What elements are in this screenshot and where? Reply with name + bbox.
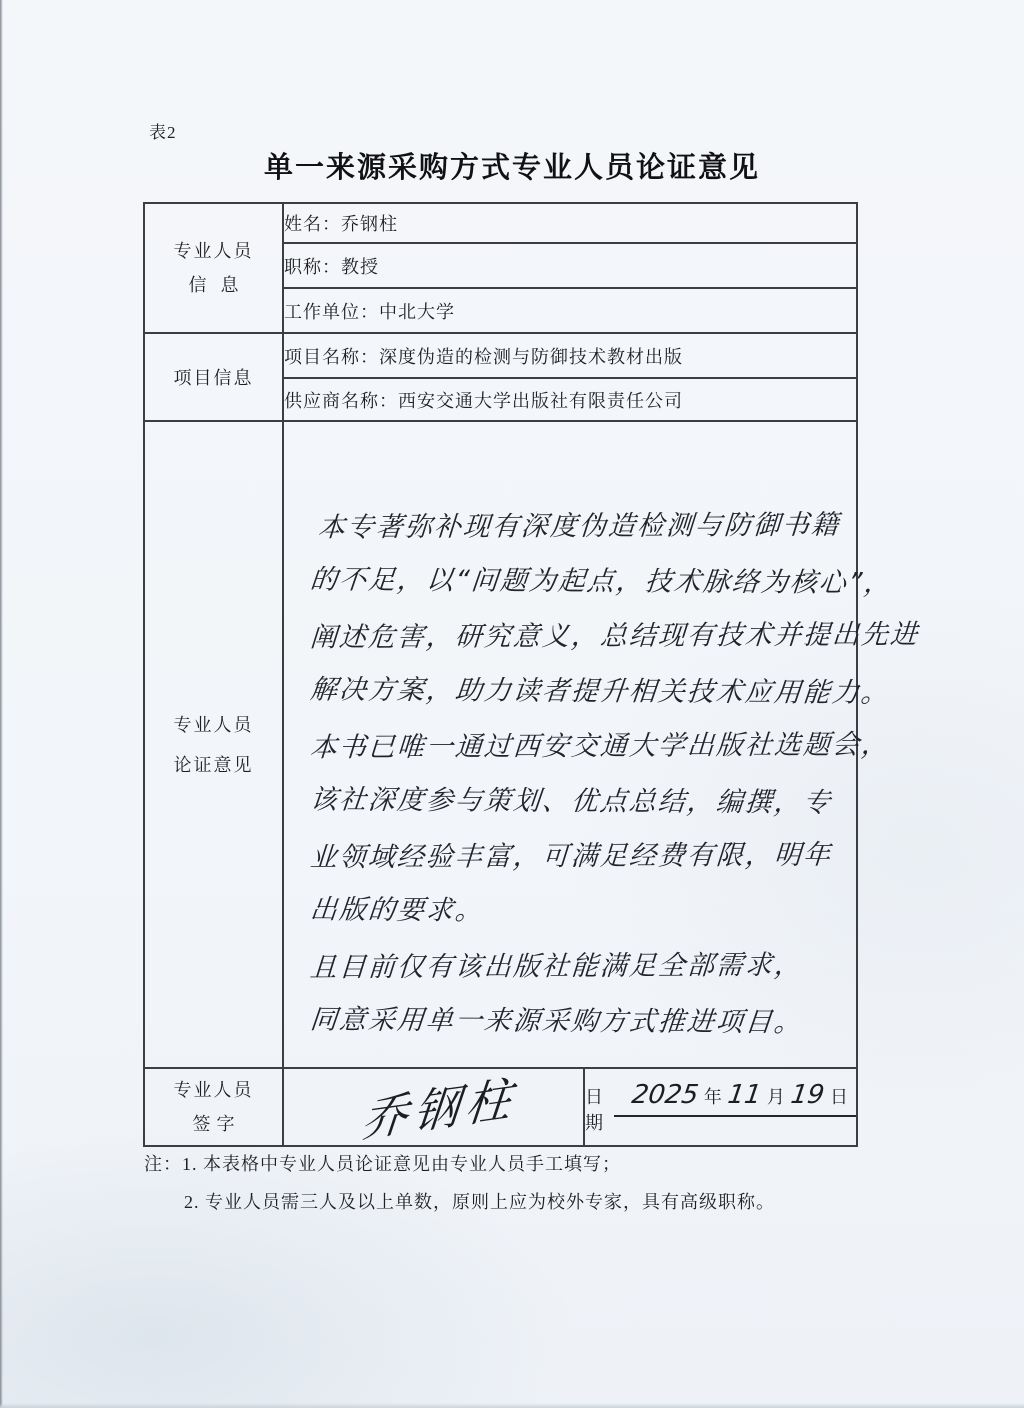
personnel-info-header-cell: 专业人员 信息 [144, 203, 283, 333]
opinion-line: 且目前仅有该出版社能满足全部需求， [308, 937, 850, 995]
opinion-header-cell: 专业人员 论证意见 [144, 421, 283, 1068]
date-underline-group: 2025 年 11 月 19 日 [614, 1080, 856, 1117]
personnel-title-cell: 职称：教授 [283, 243, 857, 288]
row-signature: 专业人员 签字 乔钢柱 日期 2025 年 11 月 19 日 [144, 1068, 857, 1146]
opinion-line: 业领域经验丰富，可满足经费有限，明年 [308, 827, 850, 885]
row-opinion: 专业人员 论证意见 本专著弥补现有深度伪造检测与防御书籍 的不足，以“问题为起点… [144, 421, 857, 1068]
opinion-line: 本书已唯一通过西安交通大学出版社选题会， [308, 717, 850, 775]
row-personnel-name: 专业人员 信息 姓名：乔钢柱 [144, 203, 857, 243]
footnote-line-2: 2. 专业人员需三人及以上单数，原则上应为校外专家，具有高级职称。 [184, 1188, 775, 1214]
month-unit-label: 月 [767, 1083, 785, 1109]
opinion-content-cell: 本专著弥补现有深度伪造检测与防御书籍 的不足，以“问题为起点，技术脉络为核心”，… [283, 421, 857, 1068]
project-name-cell: 项目名称：深度伪造的检测与防御技术教材出版 [283, 333, 857, 378]
opinion-line: 的不足，以“问题为起点，技术脉络为核心”， [308, 552, 851, 610]
date-label: 日期 [585, 1083, 612, 1135]
signature-header-cell: 专业人员 签字 [144, 1068, 283, 1146]
demonstration-opinion-form: 专业人员 信息 姓名：乔钢柱 职称：教授 工作单位：中北大学 项目信息 项目名称… [143, 202, 858, 1147]
project-info-header-cell: 项目信息 [144, 333, 283, 421]
handwritten-day: 19 [789, 1080, 826, 1110]
personnel-workunit-cell: 工作单位：中北大学 [283, 288, 857, 333]
personnel-name-cell: 姓名：乔钢柱 [283, 203, 857, 243]
opinion-line: 出版的要求。 [308, 882, 851, 940]
personnel-info-label-line1: 专业人员 [145, 242, 282, 260]
handwritten-month: 11 [726, 1080, 763, 1110]
day-unit-label: 日 [830, 1083, 848, 1109]
opinion-label-line2: 论证意见 [145, 756, 282, 774]
handwritten-signature: 乔钢柱 [359, 1061, 521, 1150]
scan-bottom-edge-shadow [0, 1403, 1024, 1408]
row-project-name: 项目信息 项目名称：深度伪造的检测与防御技术教材出版 [144, 333, 857, 378]
document-title: 单一来源采购方式专业人员论证意见 [0, 145, 1024, 186]
opinion-label-line1: 专业人员 [145, 716, 282, 734]
signature-label-line1: 专业人员 [145, 1081, 282, 1099]
handwritten-year: 2025 [630, 1080, 700, 1110]
signature-label-line2: 签字 [145, 1115, 282, 1133]
scan-left-edge-shadow [0, 0, 3, 1408]
opinion-line: 阐述危害，研究意义，总结现有技术并提出先进 [308, 607, 850, 665]
table-number-label: 表2 [149, 118, 177, 143]
opinion-line: 该社深度参与策划、优点总结，编撰，专 [308, 772, 851, 830]
footnote-line-1: 注：1. 本表格中专业人员论证意见由专业人员手工填写； [144, 1150, 621, 1176]
handwritten-opinion-text: 本专著弥补现有深度伪造检测与防御书籍 的不足，以“问题为起点，技术脉络为核心”，… [284, 441, 856, 1049]
supplier-name-cell: 供应商名称：西安交通大学出版社有限责任公司 [283, 378, 857, 421]
opinion-line: 解决方案，助力读者提升相关技术应用能力。 [308, 662, 851, 720]
year-unit-label: 年 [704, 1083, 722, 1109]
opinion-line: 同意采用单一来源采购方式推进项目。 [308, 992, 851, 1050]
opinion-line: 本专著弥补现有深度伪造检测与防御书籍 [308, 497, 850, 555]
date-cell: 日期 2025 年 11 月 19 日 [584, 1068, 857, 1146]
signature-cell: 乔钢柱 [283, 1068, 584, 1146]
personnel-info-label-line2: 信息 [145, 276, 282, 294]
